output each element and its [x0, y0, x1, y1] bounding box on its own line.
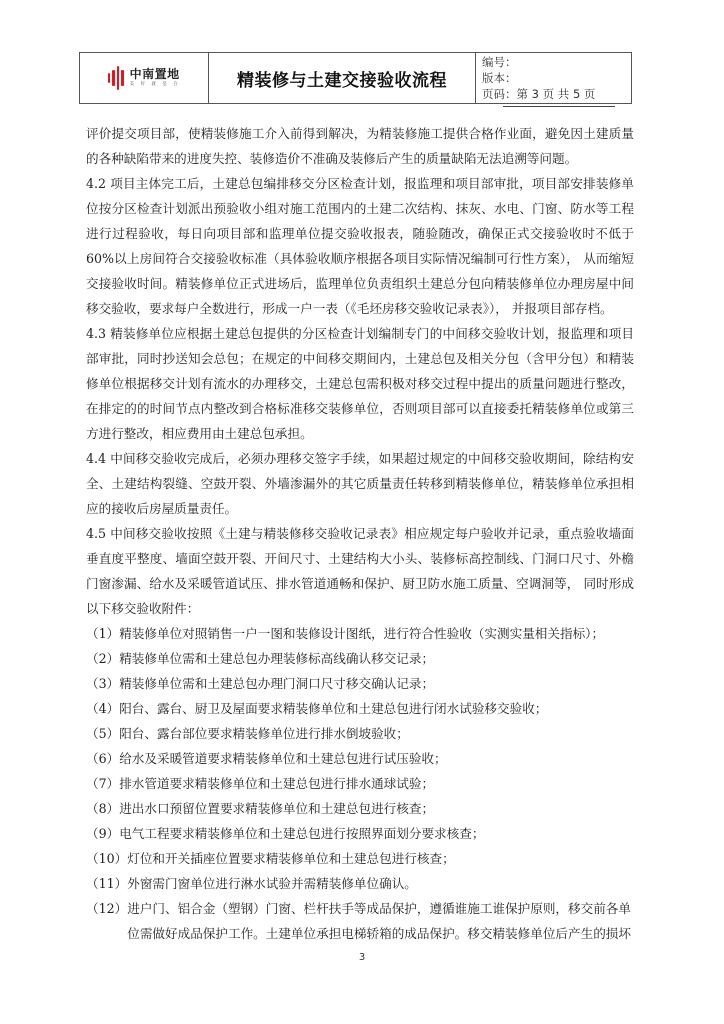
list-item-number: （10） [86, 846, 127, 871]
list-item: （3） 精装修单位需和土建总包办理门洞口尺寸移交确认记录； [86, 671, 634, 696]
list-item-text: 阳台、露台部位要求精装修单位进行排水倒坡验收； [119, 721, 634, 746]
list-item: （10）灯位和开关插座位置要求精装修单位和土建总包进行核查； [86, 846, 634, 871]
list-item-number: （1） [86, 621, 119, 646]
list-item-number: （11） [86, 871, 127, 896]
document-number-label: 编号： [482, 54, 631, 70]
list-item-number: （4） [86, 696, 119, 721]
logo-soundwave-icon [108, 66, 124, 90]
list-item: （11）外窗需门窗单位进行淋水试验并需精装修单位确认。 [86, 871, 634, 896]
list-item: （8） 进出水口预留位置要求精装修单位和土建总包进行核查； [86, 796, 634, 821]
list-item-text: 精装修单位需和土建总包办理门洞口尺寸移交确认记录； [119, 671, 634, 696]
list-item-number: （3） [86, 671, 119, 696]
page-number: 3 [0, 952, 724, 963]
list-item: （5） 阳台、露台部位要求精装修单位进行排水倒坡验收； [86, 721, 634, 746]
list-item-number: （12） [86, 896, 127, 946]
list-item: （4） 阳台、露台、厨卫及屋面要求精装修单位和土建总包进行闭水试验移交验收； [86, 696, 634, 721]
list-item: （7） 排水管道要求精装修单位和土建总包进行排水通球试验； [86, 771, 634, 796]
list-item: （2） 精装修单位需和土建总包办理装修标高线确认移交记录； [86, 646, 634, 671]
paragraph-4-2: 4.2 项目主体完工后，土建总包编排移交分区检查计划，报监理和项目部审批，项目部… [86, 171, 634, 321]
header-logo-cell: 中南置地 美 好 就 是 在 [80, 53, 209, 103]
list-item-number: （6） [86, 746, 119, 771]
list-item-number: （7） [86, 771, 119, 796]
list-item-number: （9） [86, 821, 119, 846]
list-item-text: 外窗需门窗单位进行淋水试验并需精装修单位确认。 [127, 871, 634, 896]
list-item-text: 精装修单位需和土建总包办理装修标高线确认移交记录； [119, 646, 634, 671]
list-item-text: 给水及采暖管道要求精装修单位和土建总包进行试压验收； [119, 746, 634, 771]
list-item: （12）进户门、铝合金（塑钢）门窗、栏杆扶手等成品保护，遵循谁施工谁保护原则，移… [86, 896, 634, 946]
company-logo: 中南置地 美 好 就 是 在 [108, 66, 181, 90]
list-item-text: 排水管道要求精装修单位和土建总包进行排水通球试验； [119, 771, 634, 796]
list-item-number: （2） [86, 646, 119, 671]
list-item: （9）电气工程要求精装修单位和土建总包进行按照界面划分要求核查； [86, 821, 634, 846]
page-code-label: 页码： [482, 87, 517, 101]
list-item-text: 灯位和开关插座位置要求精装修单位和土建总包进行核查； [127, 846, 634, 871]
document-header-table: 中南置地 美 好 就 是 在 精装修与土建交接验收流程 编号： 版本： 页码：第… [79, 52, 632, 104]
list-item: （6） 给水及采暖管道要求精装修单位和土建总包进行试压验收； [86, 746, 634, 771]
page-code-value: 第 3 页 共 5 页 [517, 86, 596, 102]
document-body: 评价提交项目部，使精装修施工介入前得到解决，为精装修施工提供合格作业面，避免因土… [86, 121, 634, 946]
list-item-number: （8） [86, 796, 119, 821]
header-meta-cell: 编号： 版本： 页码：第 3 页 共 5 页 [476, 53, 631, 103]
list-item-text: 阳台、露台、厨卫及屋面要求精装修单位和土建总包进行闭水试验移交验收； [119, 696, 634, 721]
paragraph-4-4: 4.4 中间移交验收完成后，必须办理移交签字手续，如果超过规定的中间移交验收期间… [86, 446, 634, 521]
paragraph-4-1-continued: 评价提交项目部，使精装修施工介入前得到解决，为精装修施工提供合格作业面，避免因土… [86, 121, 634, 171]
paragraph-4-3: 4.3 精装修单位应根据土建总包提供的分区检查计划编制专门的中间移交验收计划，报… [86, 321, 634, 446]
list-item-text: 进户门、铝合金（塑钢）门窗、栏杆扶手等成品保护，遵循谁施工谁保护原则，移交前各单… [127, 896, 634, 946]
document-version-label: 版本： [482, 70, 631, 86]
page-code-line: 页码：第 3 页 共 5 页 [482, 86, 631, 102]
document-title: 精装修与土建交接验收流程 [209, 53, 476, 103]
page-code-underline [503, 106, 615, 107]
list-item-number: （5） [86, 721, 119, 746]
logo-company-name: 中南置地 [130, 68, 181, 81]
list-item-text: 电气工程要求精装修单位和土建总包进行按照界面划分要求核查； [119, 821, 634, 846]
logo-tagline: 美 好 就 是 在 [130, 81, 181, 88]
list-item-text: 精装修单位对照销售一户一图和装修设计图纸，进行符合性验收（实测实量相关指标）； [119, 621, 634, 646]
list-item: （1） 精装修单位对照销售一户一图和装修设计图纸，进行符合性验收（实测实量相关指… [86, 621, 634, 646]
list-item-text: 进出水口预留位置要求精装修单位和土建总包进行核查； [119, 796, 634, 821]
paragraph-4-5: 4.5 中间移交验收按照《土建与精装修移交验收记录表》相应规定每户验收并记录，重… [86, 521, 634, 621]
